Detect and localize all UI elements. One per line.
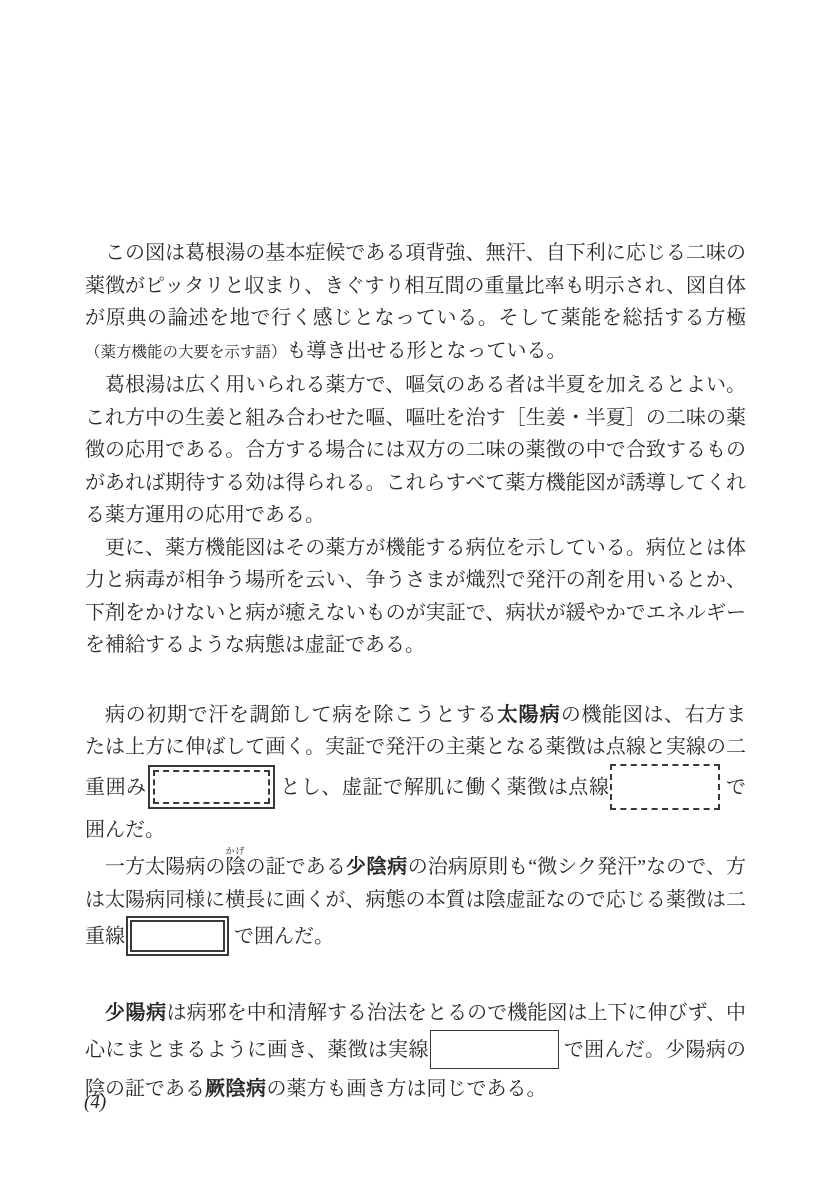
parenthetical-note: （薬方機能の大要を示す語）	[85, 344, 287, 361]
paragraph-taiyobyo: 病の初期で汗を調節して病を除こうとする太陽病の機能図は、右方または上方に伸ばして…	[85, 699, 746, 847]
sample-box-double-line	[126, 916, 229, 956]
paragraph-shoinbyo: 一方太陽病の陰かげの証である少陰病の治病原則も“微シク発汗”なので、方は太陽病同…	[85, 846, 746, 960]
sample-box-solid-line	[430, 1030, 559, 1069]
emphasis-gothic: 少陽病	[105, 1002, 167, 1024]
book-page: この図は葛根湯の基本症候である項背強、無汗、自下利に応じる二味の薬徴がピッタリと…	[0, 0, 830, 1179]
ruby-annotated-character: 陰かげ	[225, 856, 245, 878]
paragraph-shoyobyo: 少陽病は病邪を中和清解する治法をとるので機能図は上下に伸びず、中心にまとまるよう…	[85, 997, 746, 1105]
emphasis-gothic: 厥陰病	[205, 1078, 267, 1100]
body-text: この図は葛根湯の基本症候である項背強、無汗、自下利に応じる二味の薬徴がピッタリと…	[85, 237, 746, 1105]
sample-box-dotted	[610, 764, 720, 810]
emphasis-gothic: 少陰病	[346, 856, 408, 878]
emphasis-gothic: 太陽病	[497, 704, 560, 726]
paragraph-byoi-explanation: 更に、薬方機能図はその薬方が機能する病位を示している。病位とは体力と病毒が相争う…	[85, 532, 746, 662]
paragraph-kakkonto-application: 葛根湯は広く用いられる薬方で、嘔気のある者は半夏を加えるとよい。これ方中の生姜と…	[85, 369, 746, 532]
sample-box-dotted-solid-double-enclosure	[148, 765, 275, 809]
page-number: (4)	[84, 1092, 106, 1114]
paragraph-diagram-summary: この図は葛根湯の基本症候である項背強、無汗、自下利に応じる二味の薬徴がピッタリと…	[85, 237, 746, 369]
